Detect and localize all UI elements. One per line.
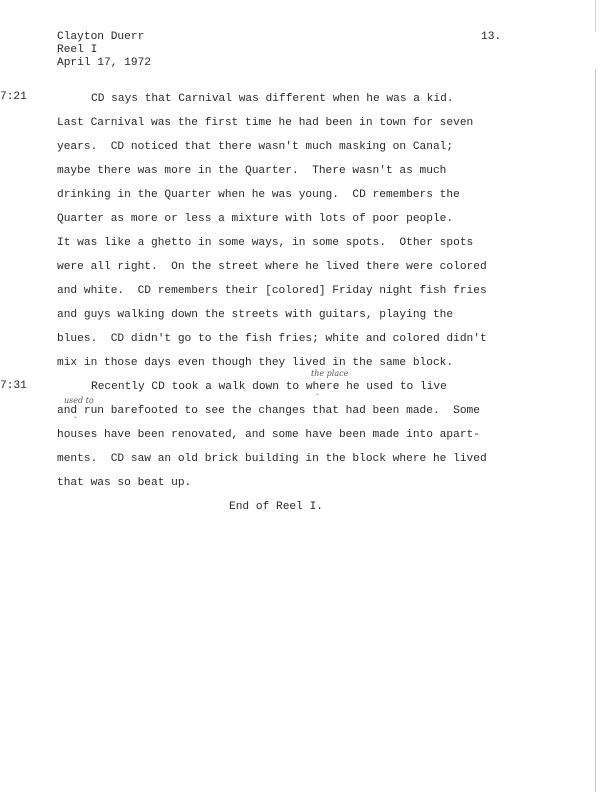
text-line: Quarter as more or less a mixture with l… (57, 213, 453, 225)
text-line: and guys walking down the streets with g… (57, 309, 453, 321)
text-line: that was so beat up. (57, 477, 191, 489)
text-line: blues. CD didn't go to the fish fries; w… (57, 333, 487, 345)
interview-date: April 17, 1972 (57, 57, 151, 70)
text-line: and white. CD remembers their [colored] … (57, 285, 487, 297)
text-line: CD says that Carnival was different when… (91, 93, 454, 105)
time-marker: 7:21 (0, 91, 27, 103)
time-marker: 7:31 (0, 380, 27, 392)
page-number: 13. (481, 31, 501, 43)
text-line: drinking in the Quarter when he was youn… (57, 189, 460, 201)
reel-label: Reel I (57, 44, 151, 57)
end-of-reel: End of Reel I. (229, 501, 323, 513)
text-line: houses have been renovated, and some hav… (57, 429, 480, 441)
text-line: maybe there was more in the Quarter. The… (57, 165, 446, 177)
text-line: mix in those days even though they lived… (57, 357, 453, 369)
scan-edge-line (595, 70, 596, 792)
handwritten-insertion: the place (311, 369, 348, 378)
scan-edge-line (595, 0, 596, 32)
text-line: It was like a ghetto in some ways, in so… (57, 237, 473, 249)
text-line: and run barefooted to see the changes th… (57, 405, 480, 417)
text-line: Last Carnival was the first time he had … (57, 117, 473, 129)
handwritten-insertion: used to (64, 396, 94, 405)
text-line: years. CD noticed that there wasn't much… (57, 141, 453, 153)
text-line: Recently CD took a walk down to where he… (91, 381, 447, 393)
interviewee-name: Clayton Duerr (57, 31, 151, 44)
transcript-page: Clayton Duerr Reel I April 17, 1972 13. … (0, 0, 612, 792)
text-line: ments. CD saw an old brick building in t… (57, 453, 487, 465)
document-header: Clayton Duerr Reel I April 17, 1972 (57, 31, 151, 70)
text-line: were all right. On the street where he l… (57, 261, 487, 273)
